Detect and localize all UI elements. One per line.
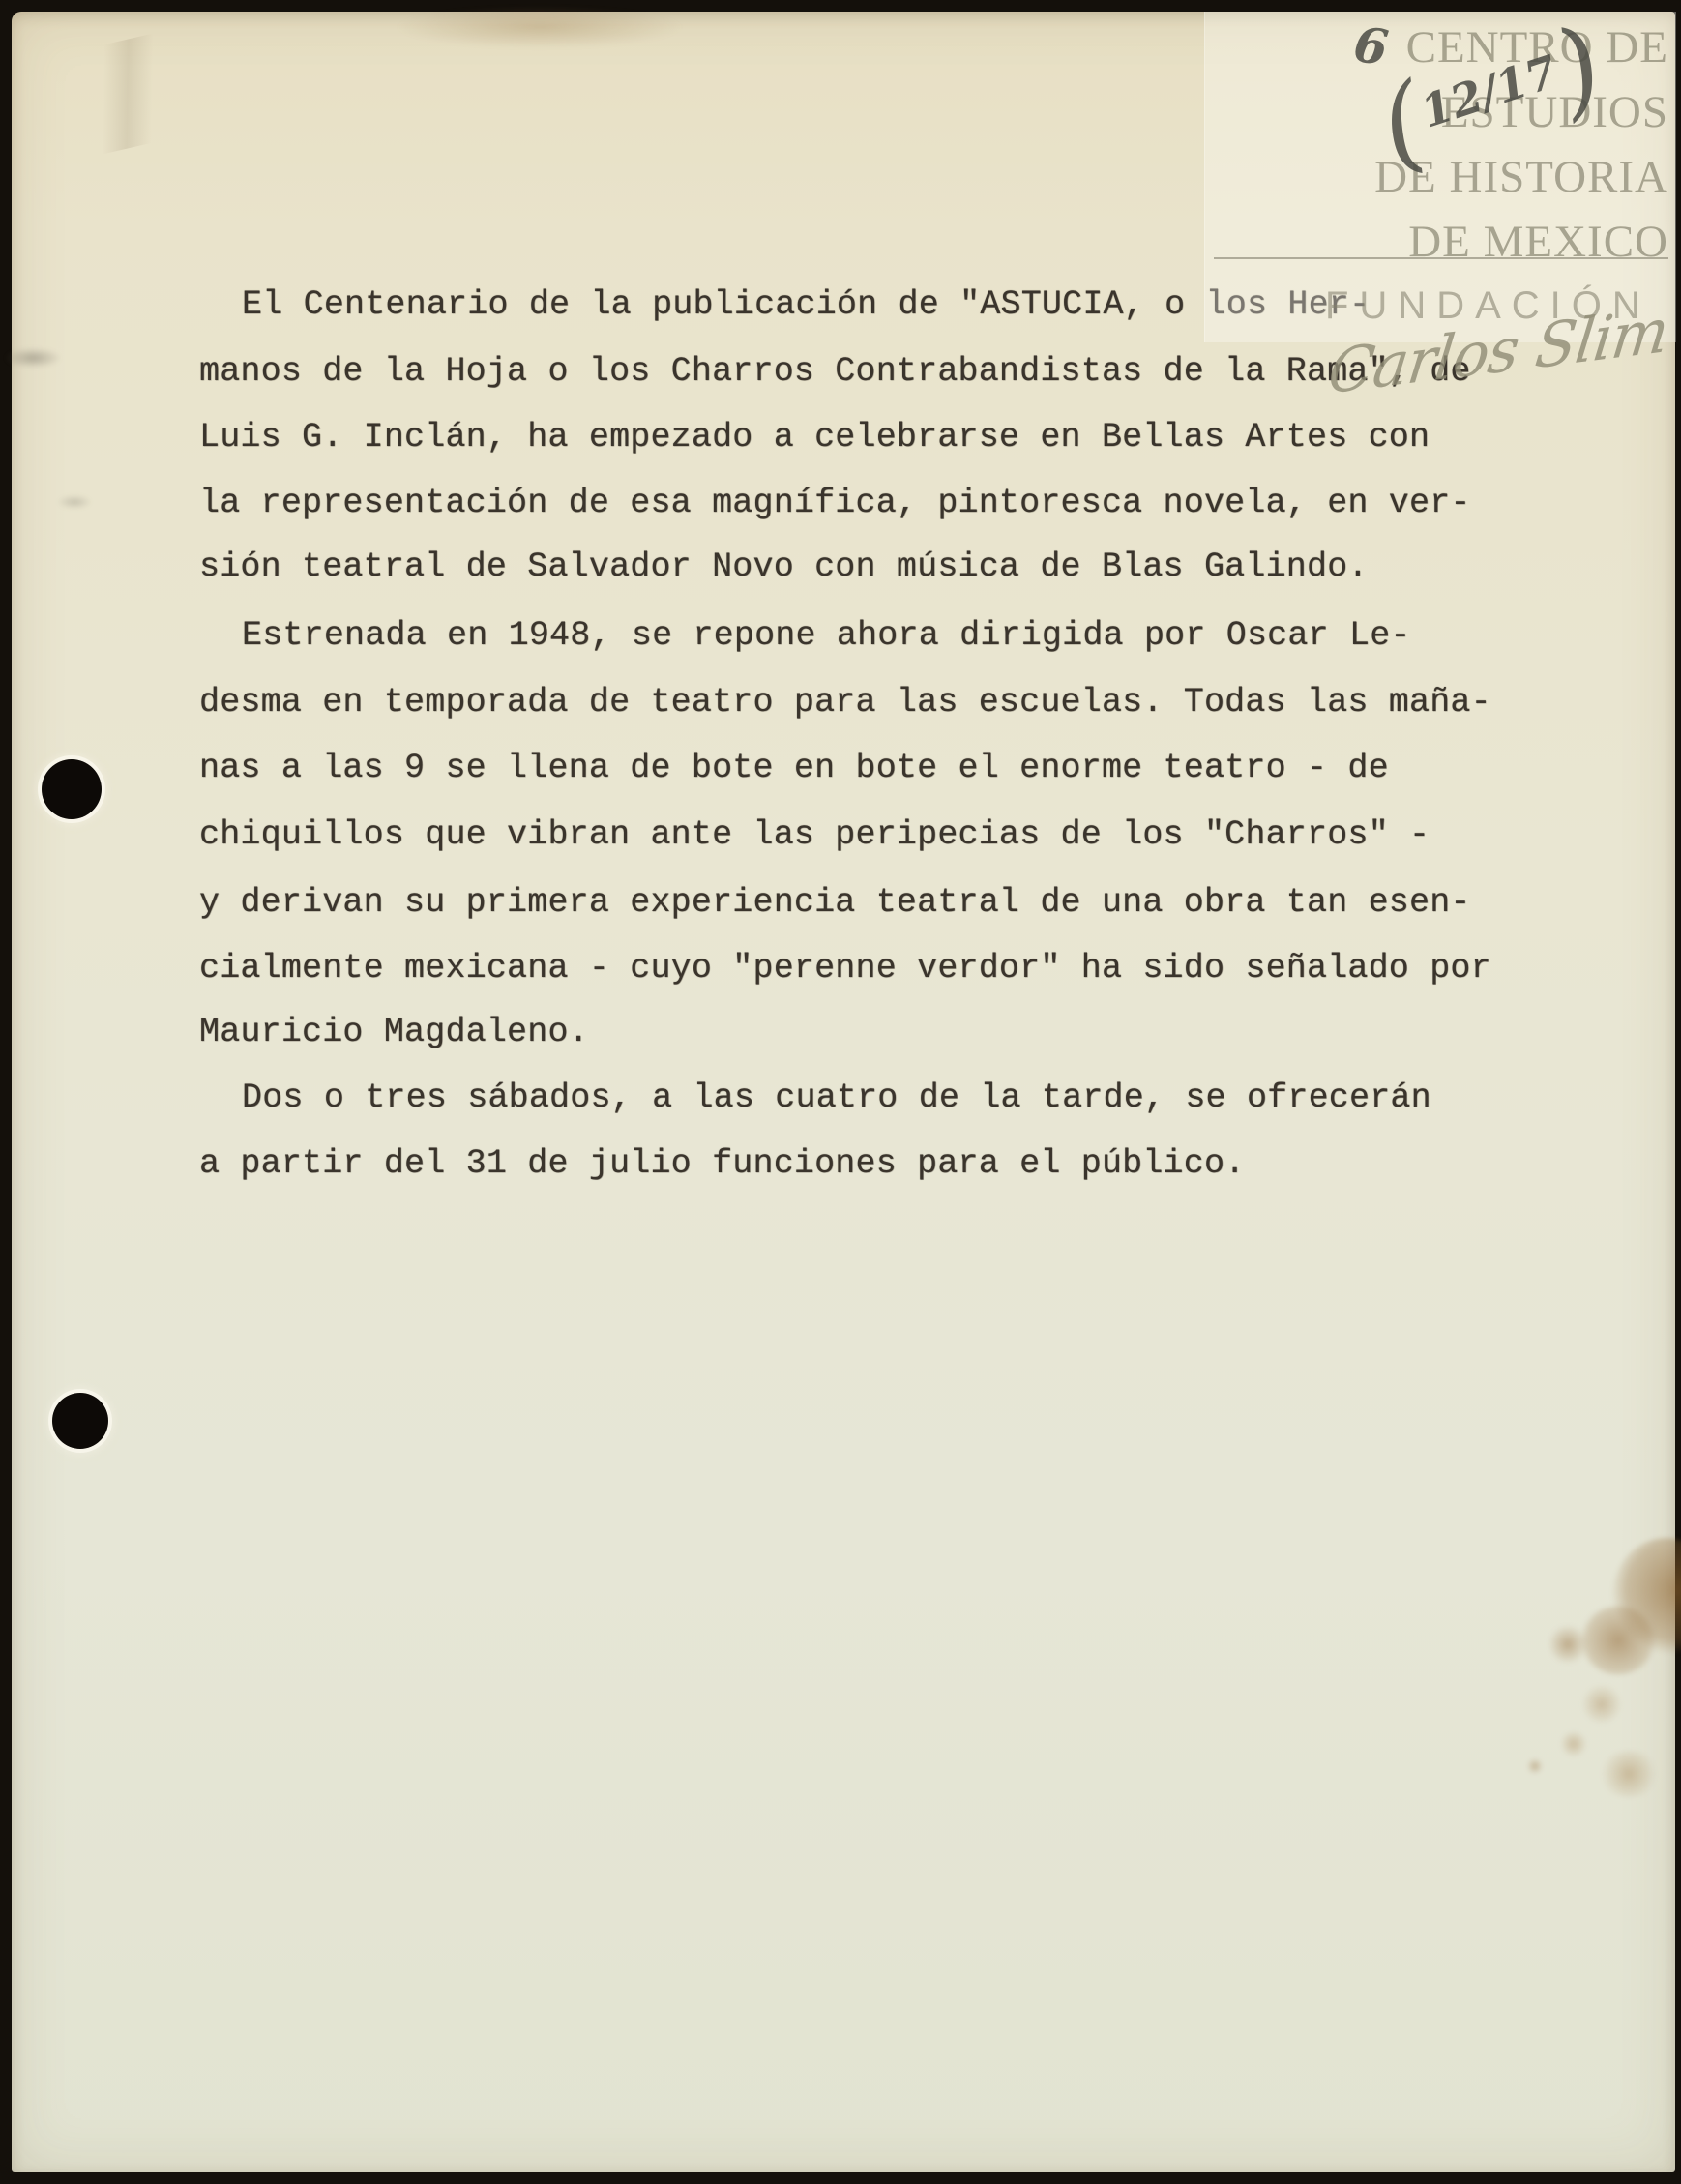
scanned-archive-page: { "scan": { "paper_color": "#e8e3cd", "b… — [0, 0, 1681, 2184]
paper-crease — [0, 10, 281, 179]
top-edge-stain — [395, 6, 685, 48]
typed-line: El Centenario de la publicación de "ASTU… — [242, 282, 1370, 327]
stain — [1580, 1685, 1623, 1724]
typed-line: cialmente mexicana - cuyo "perenne verdo… — [199, 946, 1491, 990]
punch-hole — [42, 759, 102, 819]
typed-line: nas a las 9 se llena de bote en bote el … — [199, 746, 1389, 790]
stain — [1526, 1758, 1544, 1774]
left-edge-smudge — [6, 348, 60, 368]
left-edge-smudge — [58, 495, 91, 509]
stain — [1598, 1751, 1660, 1797]
punch-hole — [52, 1393, 108, 1449]
typed-line: Mauricio Magdaleno. — [199, 1010, 589, 1054]
typed-line: Estrenada en 1948, se repone ahora dirig… — [242, 613, 1411, 658]
typed-line: y derivan su primera experiencia teatral… — [199, 880, 1471, 925]
watermark-divider — [1214, 257, 1668, 259]
stain — [1559, 1731, 1588, 1756]
typed-line: Luis G. Inclán, ha empezado a celebrarse… — [199, 415, 1430, 459]
typed-line: Dos o tres sábados, a las cuatro de la t… — [242, 1076, 1431, 1120]
typed-line: a partir del 31 de julio funciones para … — [199, 1141, 1245, 1186]
typed-line: manos de la Hoja o los Charros Contraban… — [199, 349, 1471, 394]
fraction-value: 12/17 — [1414, 45, 1563, 138]
typed-line: sión teatral de Salvador Novo con música… — [199, 545, 1369, 589]
typed-line: chiquillos que vibran ante las peripecia… — [199, 812, 1430, 857]
paper-sheet: El Centenario de la publicación de "ASTU… — [12, 12, 1675, 2172]
typed-line: desma en temporada de teatro para las es… — [199, 680, 1491, 724]
stain — [1580, 1606, 1656, 1675]
typed-line: la representación de esa magnífica, pint… — [199, 481, 1471, 525]
watermark-line: DE MEXICO — [1204, 210, 1668, 275]
stain — [1548, 1625, 1588, 1664]
